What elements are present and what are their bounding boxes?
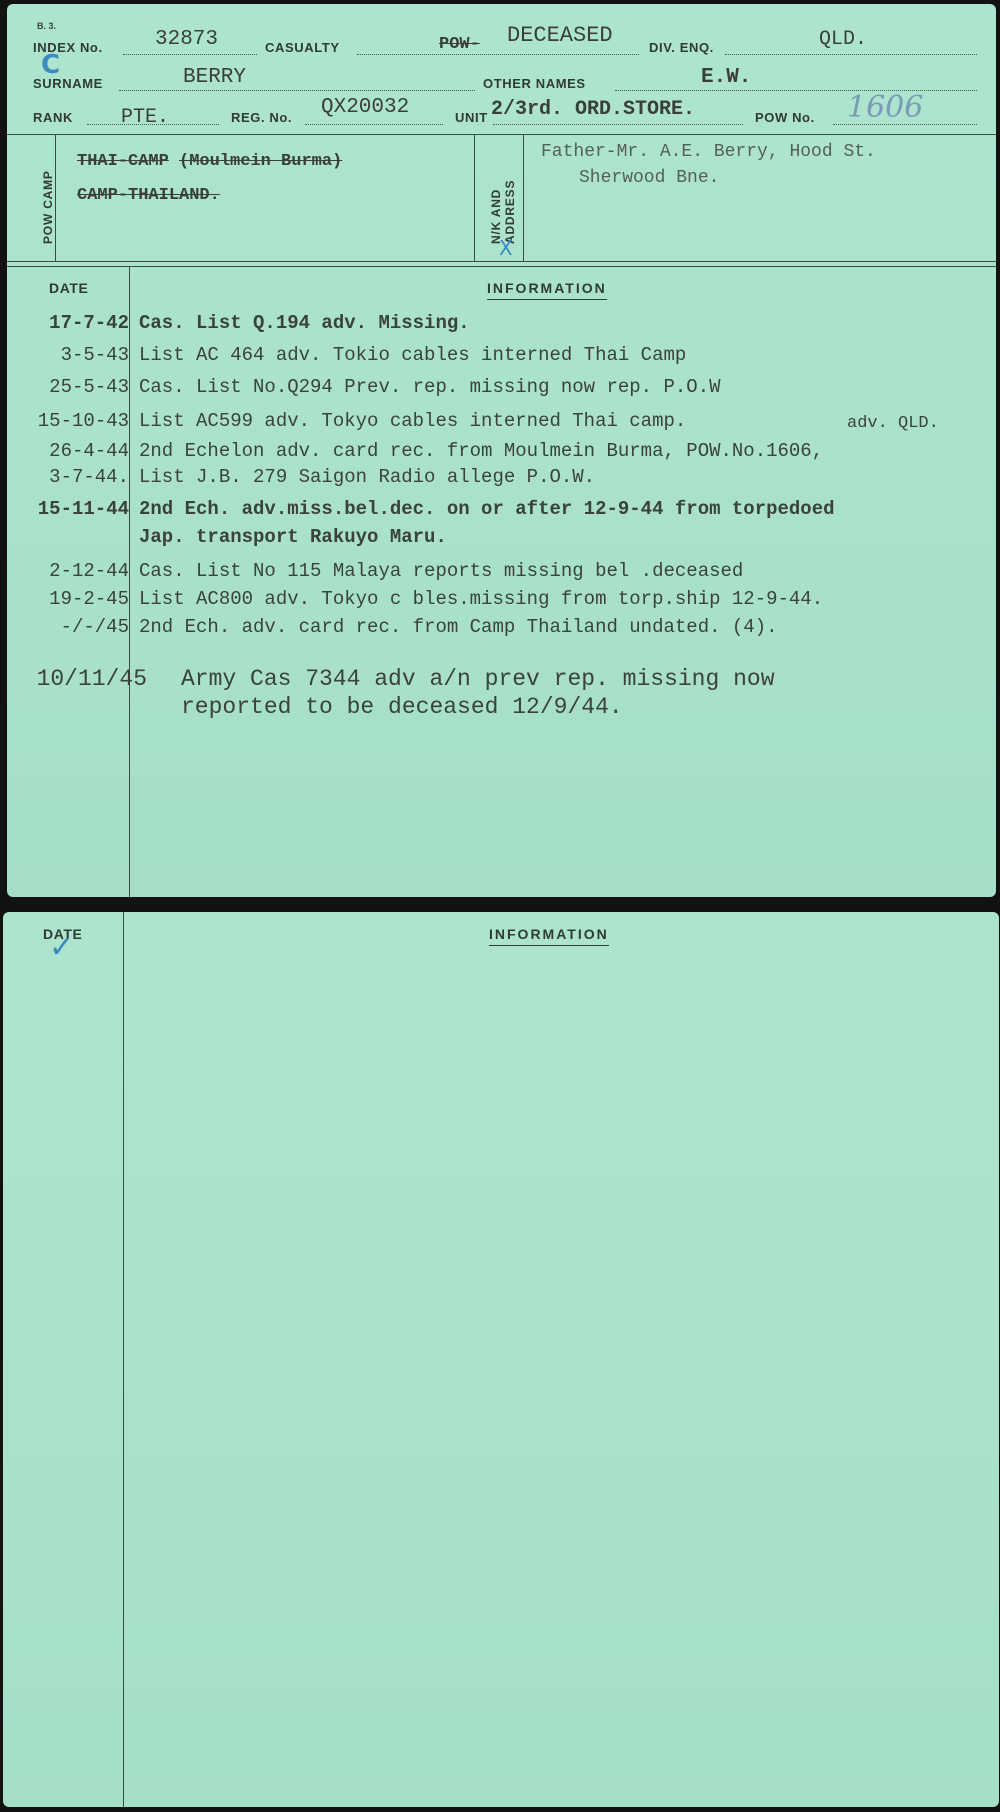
row-date: -/-/45 [7,616,129,638]
pow-no-value: 1606 [847,90,923,125]
nok-address-line2: Sherwood Bne. [579,168,719,188]
form-code: B. 3. [37,21,56,31]
rank-label: RANK [33,110,73,125]
surname-label: SURNAME [33,76,103,91]
pow-camp-line1: THAI-CAMP (Moulmein Burma) [77,152,342,171]
nok-label-line2: ADDRESS [503,180,517,244]
row-information: 2nd Echelon adv. card rec. from Moulmein… [139,440,823,462]
row-date: 25-5-43 [7,376,129,398]
information-column-header: INFORMATION [487,280,607,300]
row-date: 3-7-44. [7,466,129,488]
record-card-back: DATE ✓ INFORMATION [3,912,999,1807]
camp-box-bottom-border-2 [7,266,996,267]
pow-camp-divider [55,135,56,261]
index-value: 32873 [155,28,218,51]
rank-value: PTE. [121,106,169,129]
reg-no-value: QX20032 [321,96,409,119]
row-information: 2nd Ech. adv. card rec. from Camp Thaila… [139,616,778,638]
record-card-front: B. 3. INDEX No. 32873 CASUALTY POW- DECE… [7,4,996,897]
other-names-value: E.W. [701,66,751,89]
casualty-label: CASUALTY [265,40,340,55]
nok-left-divider [474,135,475,261]
surname-dotline [119,90,475,91]
surname-value: BERRY [183,66,246,89]
row-date: 17-7-42 [7,312,129,334]
row-information: Cas. List No 115 Malaya reports missing … [139,560,743,582]
row-date: 19-2-45 [7,588,129,610]
div-enq-dotline [725,54,977,55]
unit-dotline [493,124,743,125]
casualty-dotline [357,54,639,55]
other-names-label: OTHER NAMES [483,76,586,91]
row-information-continued: Jap. transport Rakuyo Maru. [139,526,447,548]
row-date: 26-4-44 [7,440,129,462]
row-information: 2nd Ech. adv.miss.bel.dec. on or after 1… [139,498,835,520]
row-information: List AC800 adv. Tokyo c bles.missing fro… [139,588,823,610]
unit-value: 2/3rd. ORD.STORE. [491,98,695,121]
unit-label: UNIT [455,110,488,125]
row-date: 10/11/45 [7,666,147,692]
pow-camp-line2-struck: CAMP-THAILAND. [77,186,220,205]
casualty-value: DECEASED [507,23,613,48]
pow-camp-label: POW CAMP [41,170,55,244]
row-date: 3-5-43 [7,344,129,366]
row-information: Cas. List No.Q294 Prev. rep. missing now… [139,376,721,398]
date-column-divider [129,267,130,897]
casualty-struck-value: POW- [439,35,480,54]
reg-no-dotline [305,124,443,125]
row-date: 15-11-44 [7,498,129,520]
nok-address-line1: Father-Mr. A.E. Berry, Hood St. [541,142,876,162]
pow-no-label: POW No. [755,110,815,125]
row-information: List AC599 adv. Tokyo cables interned Th… [139,410,686,432]
row-information: Cas. List Q.194 adv. Missing. [139,312,470,334]
row-date: 15-10-43 [7,410,129,432]
back-tick-mark: ✓ [49,930,74,965]
back-date-column-divider [123,912,124,1807]
nok-right-divider [523,135,524,261]
pow-camp-line1-paren-struck: (Moulmein Burma) [179,152,342,171]
row-information: Army Cas 7344 adv a/n prev rep. missing … [181,666,775,692]
row-information: List AC 464 adv. Tokio cables interned T… [139,344,686,366]
row-information-continued: reported to be deceased 12/9/44. [181,694,623,720]
row-date: 2-12-44 [7,560,129,582]
camp-box-bottom-border-1 [7,261,996,262]
div-enq-value: QLD. [819,28,867,51]
reg-no-label: REG. No. [231,110,292,125]
row-information: List J.B. 279 Saigon Radio allege P.O.W. [139,466,595,488]
pow-camp-line1-struck: THAI-CAMP [77,152,169,171]
div-enq-label: DIV. ENQ. [649,40,714,55]
index-dotline [123,54,257,55]
row-note: adv. QLD. [847,414,939,433]
back-information-column-header: INFORMATION [489,926,609,946]
date-column-header: DATE [49,280,88,296]
nok-ink-mark: X [499,236,513,260]
camp-box-top-border [7,134,996,135]
